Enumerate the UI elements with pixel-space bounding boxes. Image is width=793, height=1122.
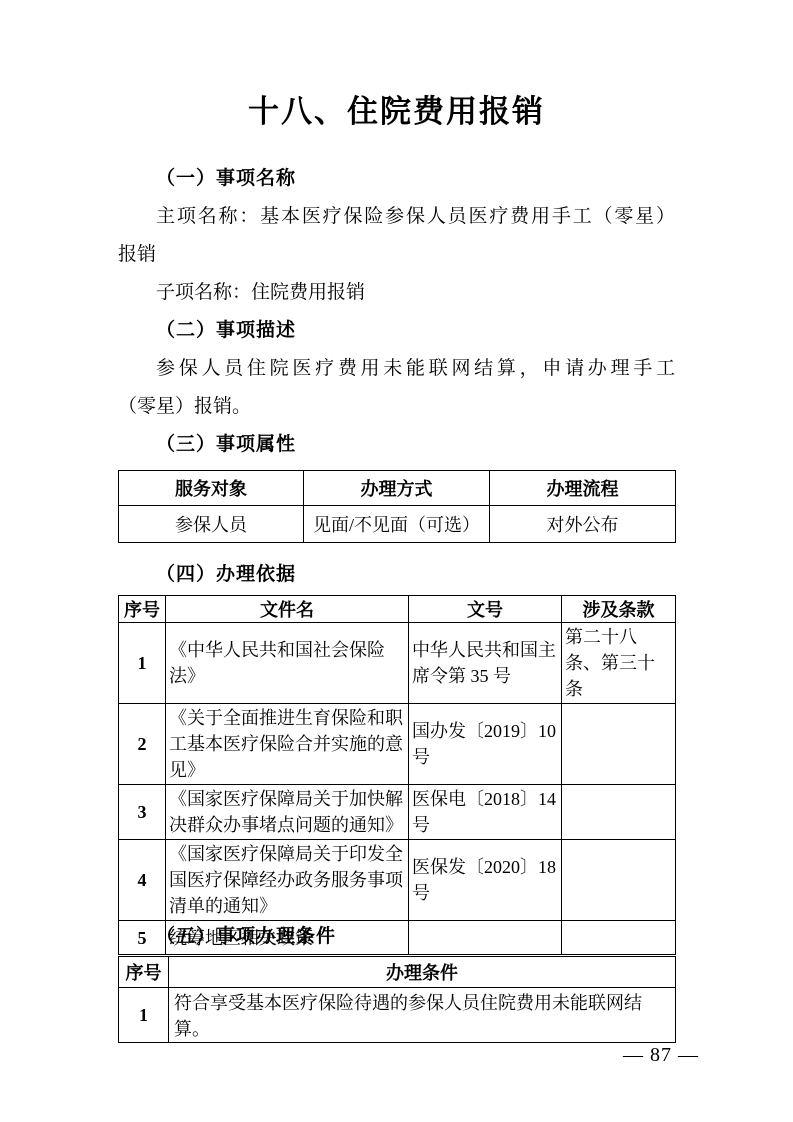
attr-cell-service-target: 参保人员 (119, 506, 304, 543)
condition-table-row: 1 符合享受基本医疗保险待遇的参保人员住院费用未能联网结算。 (119, 988, 676, 1043)
basis-header-seq: 序号 (119, 596, 166, 623)
section-5-heading: （五）事项办理条件 (118, 918, 713, 956)
basis-header-clauses: 涉及条款 (562, 596, 676, 623)
attr-header-handle-flow: 办理流程 (490, 471, 676, 506)
section-4-heading: （四）办理依据 (118, 556, 713, 594)
basis-cell-doc-no: 医保发〔2020〕18 号 (409, 840, 562, 921)
basis-table-row: 1 《中华人民共和国社会保险法》 中华人民共和国主席令第 35 号 第二十八条、… (119, 623, 676, 704)
page-number: — 87 — (623, 1040, 699, 1070)
document-page: 十八、住院费用报销 （一）事项名称 主项名称：基本医疗保险参保人员医疗费用手工（… (0, 0, 793, 1122)
page-title: 十八、住院费用报销 (118, 90, 675, 134)
item-description-continuation: （零星）报销。 (118, 388, 675, 426)
attribute-table: 服务对象 办理方式 办理流程 参保人员 见面/不见面（可选） 对外公布 (118, 470, 676, 543)
basis-cell-seq: 2 (119, 704, 166, 785)
sub-item-name-line: 子项名称：住院费用报销 (118, 274, 675, 312)
section-1-heading: （一）事项名称 (118, 160, 713, 198)
basis-table-row: 4 《国家医疗保障局关于印发全国医疗保障经办政务服务事项清单的通知》 医保发〔2… (119, 840, 676, 921)
main-item-name-continuation: 报销 (118, 236, 675, 274)
basis-cell-clauses (562, 704, 676, 785)
basis-table-row: 2 《关于全面推进生育保险和职工基本医疗保险合并实施的意见》 国办发〔2019〕… (119, 704, 676, 785)
condition-table-header-row: 序号 办理条件 (119, 957, 676, 988)
basis-cell-doc-name: 《国家医疗保障局关于印发全国医疗保障经办政务服务事项清单的通知》 (166, 840, 409, 921)
basis-table-row: 3 《国家医疗保障局关于加快解决群众办事堵点问题的通知》 医保电〔2018〕14… (119, 785, 676, 840)
item-description-line: 参保人员住院医疗费用未能联网结算，申请办理手工 (118, 350, 675, 388)
section-3-heading: （三）事项属性 (118, 426, 713, 464)
condition-cell-seq: 1 (119, 988, 169, 1043)
condition-cell-condition: 符合享受基本医疗保险待遇的参保人员住院费用未能联网结算。 (169, 988, 676, 1043)
basis-cell-doc-no: 中华人民共和国主席令第 35 号 (409, 623, 562, 704)
attr-cell-handle-flow: 对外公布 (490, 506, 676, 543)
attr-header-handle-mode: 办理方式 (304, 471, 490, 506)
basis-cell-doc-name: 《关于全面推进生育保险和职工基本医疗保险合并实施的意见》 (166, 704, 409, 785)
condition-table: 序号 办理条件 1 符合享受基本医疗保险待遇的参保人员住院费用未能联网结算。 (118, 956, 676, 1043)
basis-cell-doc-no: 医保电〔2018〕14 号 (409, 785, 562, 840)
basis-cell-seq: 3 (119, 785, 166, 840)
section-2-heading: （二）事项描述 (118, 312, 713, 350)
basis-table: 序号 文件名 文号 涉及条款 1 《中华人民共和国社会保险法》 中华人民共和国主… (118, 595, 676, 955)
basis-cell-doc-name: 《中华人民共和国社会保险法》 (166, 623, 409, 704)
basis-header-doc-name: 文件名 (166, 596, 409, 623)
condition-header-seq: 序号 (119, 957, 169, 988)
attribute-table-data-row: 参保人员 见面/不见面（可选） 对外公布 (119, 506, 676, 543)
attribute-table-header-row: 服务对象 办理方式 办理流程 (119, 471, 676, 506)
main-item-name-line: 主项名称：基本医疗保险参保人员医疗费用手工（零星） (118, 198, 675, 236)
basis-table-header-row: 序号 文件名 文号 涉及条款 (119, 596, 676, 623)
basis-cell-doc-name: 《国家医疗保障局关于加快解决群众办事堵点问题的通知》 (166, 785, 409, 840)
basis-cell-clauses (562, 840, 676, 921)
basis-header-doc-no: 文号 (409, 596, 562, 623)
basis-cell-clauses (562, 785, 676, 840)
basis-cell-seq: 4 (119, 840, 166, 921)
basis-cell-doc-no: 国办发〔2019〕10 号 (409, 704, 562, 785)
basis-cell-seq: 1 (119, 623, 166, 704)
attr-header-service-target: 服务对象 (119, 471, 304, 506)
condition-header-condition: 办理条件 (169, 957, 676, 988)
attr-cell-handle-mode: 见面/不见面（可选） (304, 506, 490, 543)
basis-cell-clauses: 第二十八条、第三十条 (562, 623, 676, 704)
